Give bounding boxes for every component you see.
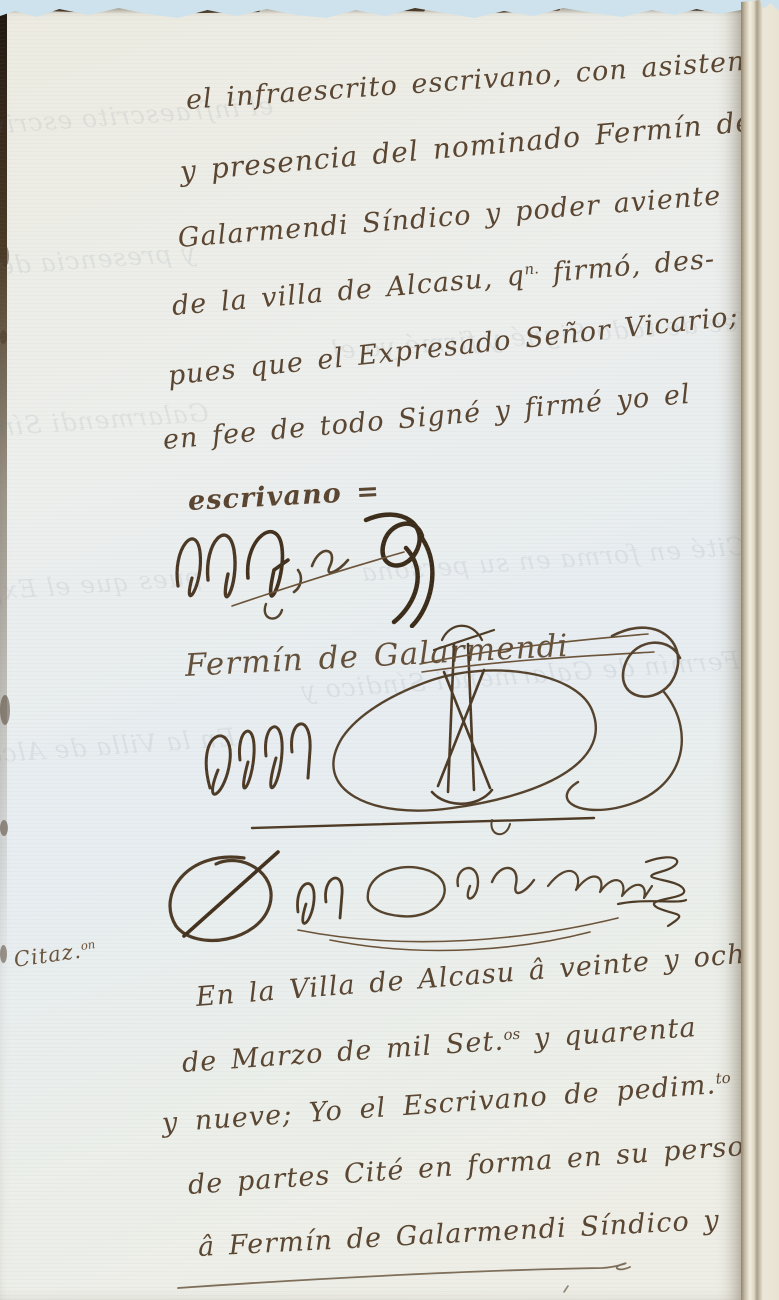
- binding-smudge: [0, 695, 10, 725]
- line-9-superscript: os: [503, 1025, 521, 1044]
- adjacent-page-edge: [741, 0, 779, 1300]
- manuscript-line-10: y nueve; Yo el Escrivano de pedim.to: [161, 1068, 732, 1139]
- torn-edge-speck: [305, 1, 425, 11]
- manuscript-line-4: de la villa de Alcasu, qn. firmó, des-: [171, 244, 717, 322]
- line-10-superscript: to: [715, 1069, 731, 1088]
- bleedthrough-text: y presencia del nominado Fermín de: [0, 238, 197, 302]
- notarial-signo-flourish: [192, 610, 717, 855]
- torn-edge-speck: [10, 3, 80, 12]
- signature-rubric-escribano: [148, 842, 693, 954]
- manuscript-line-11: de partes Cité en forma en su persona: [187, 1129, 779, 1201]
- line-9-text: de Marzo de mil Set.: [181, 1026, 505, 1079]
- binding-smudge: [0, 945, 7, 963]
- line-9-text: y quarenta: [519, 1012, 697, 1055]
- manuscript-page: el infraescrito escrivano, con asistenci…: [0, 0, 741, 1300]
- line-10-text: y nueve; Yo el Escrivano de pedim.: [161, 1069, 717, 1139]
- margin-note-citacion: Citaz.on: [12, 937, 97, 972]
- torn-top-edge: [0, 0, 741, 14]
- line-4-text: firmó, des-: [538, 244, 717, 290]
- torn-edge-speck: [150, 6, 260, 14]
- line-4-text: de la villa de Alcasu, q: [171, 260, 527, 322]
- margin-note-text: Citaz.: [12, 939, 83, 972]
- torn-edge-speck: [600, 1, 705, 11]
- manuscript-line-3: Galarmendi Síndico y poder aviente: [177, 180, 723, 254]
- closing-rule: [172, 1256, 657, 1296]
- binding-smudge: [0, 820, 8, 836]
- manuscript-line-6: en fee de todo Signé y firmé yo el: [162, 379, 692, 456]
- binding-smudge: [0, 330, 7, 344]
- line-4-superscript: n.: [524, 259, 540, 278]
- manuscript-scan: el infraescrito escrivano, con asistenci…: [0, 0, 779, 1300]
- margin-note-superscript: on: [80, 937, 96, 953]
- manuscript-line-9: de Marzo de mil Set.os y quarenta: [181, 1012, 698, 1079]
- manuscript-line-12: â Fermín de Galarmendi Síndico y: [197, 1205, 720, 1263]
- manuscript-line-1: el infraescrito escrivano, con asistenci…: [185, 43, 779, 116]
- torn-edge-speck: [480, 5, 560, 14]
